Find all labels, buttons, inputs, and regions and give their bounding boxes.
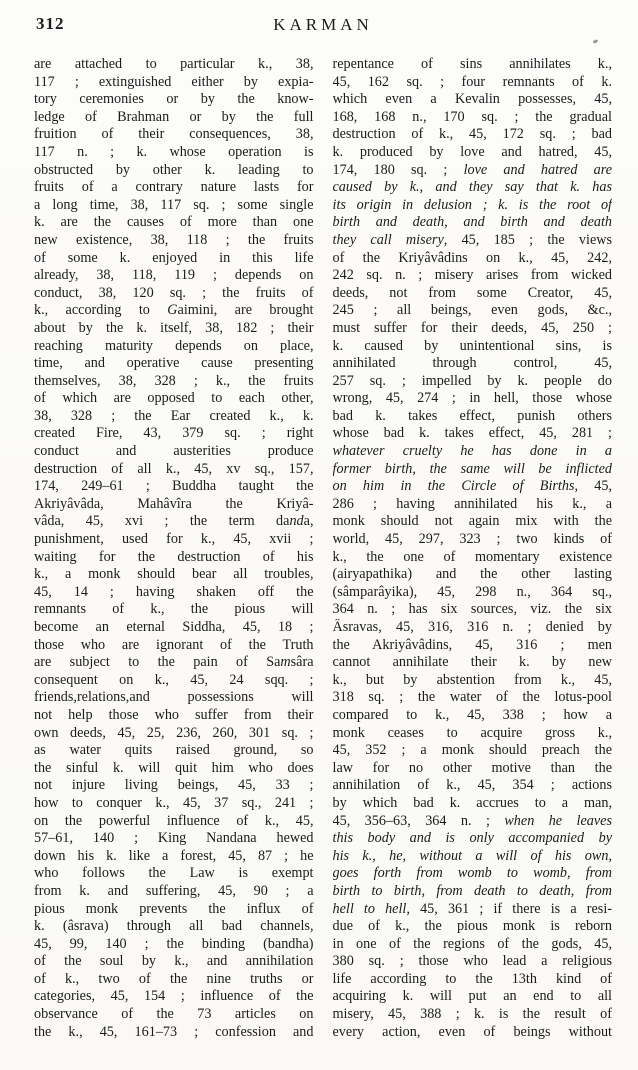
text-line: vâda, 45, xvi ; the term danda,: [34, 513, 314, 531]
text-line: of some k. enjoyed in this life: [34, 250, 314, 268]
text-line: of which are opposed to each other,: [34, 390, 314, 408]
text-line: themselves, 38, 328 ; k., the fruits: [34, 373, 314, 391]
text-run: 45, 352 ; a monk should preach the: [333, 742, 613, 758]
text-line: must suffer for their deeds, 45, 250 ;: [333, 320, 613, 338]
italic-text-run: his k., he, without a will of his own,: [333, 848, 613, 864]
text-line: how to conquer k., 45, 37 sq., 241 ;: [34, 795, 314, 813]
text-run: 286 ; having annihilated his k., a: [333, 496, 613, 512]
italic-text-run: love and hatred are: [464, 162, 612, 178]
text-line: on him in the Circle of Births, 45,: [333, 478, 613, 496]
text-line: created Fire, 43, 379 sq. ; right: [34, 425, 314, 443]
italic-text-run: former birth, the same will be inflicted: [333, 461, 613, 477]
text-line: 174, 249–61 ; Buddha taught the: [34, 478, 314, 496]
text-line: from k. and suffering, 45, 90 ; a: [34, 883, 314, 901]
left-column: are attached to particular k., 38,117 ; …: [34, 56, 314, 1041]
text-run: reaching maturity depends on place,: [34, 338, 314, 354]
text-run: observance of the 73 articles on: [34, 1006, 314, 1022]
text-line: Akriyâvâda, Mahâvîra the Kriyâ-: [34, 496, 314, 514]
text-run: a long time, 38, 117 sq. ; some single: [34, 197, 314, 213]
text-line: ledge of Brahman or by the full: [34, 109, 314, 127]
italic-text-run: G: [167, 302, 177, 318]
text-run: 45, 356–63, 364 n. ;: [333, 813, 505, 829]
page-header: 312 KARMAN: [34, 12, 612, 42]
text-run: of the Kriyâvâdins on k., 45, 242,: [333, 250, 613, 266]
text-line: fruition of their consequences, 38,: [34, 126, 314, 144]
text-line: his k., he, without a will of his own,: [333, 848, 613, 866]
text-line: acquiring k. will put an end to all: [333, 988, 613, 1006]
text-line: this body and is only accompanied by: [333, 830, 613, 848]
text-line: as water quits raised ground, so: [34, 742, 314, 760]
text-line: consequent on k., 45, 24 sqq. ;: [34, 672, 314, 690]
italic-text-run: they call misery: [333, 232, 444, 248]
text-line: on the powerful influence of k., 45,: [34, 813, 314, 831]
text-line: 245 ; all beings, even gods, &c.,: [333, 302, 613, 320]
text-run: 117 ; extinguished either by expia-: [34, 74, 314, 90]
text-line: k. caused by unintentional sins, is: [333, 338, 613, 356]
text-run: deeds, not from some Creator, 45,: [333, 285, 613, 301]
text-line: whatever cruelty he has done in a: [333, 443, 613, 461]
text-line: k., according to Gaimini, are brought: [34, 302, 314, 320]
italic-text-run: when he leaves: [504, 813, 612, 829]
text-line: tory ceremonies or by the know-: [34, 91, 314, 109]
text-run: bad k. takes effect, punish others: [333, 408, 613, 424]
text-line: 168, 168 n., 170 sq. ; the gradual: [333, 109, 613, 127]
text-line: conduct and austerities produce: [34, 443, 314, 461]
text-run: k., according to: [34, 302, 167, 318]
text-line: 364 n. ; has six sources, viz. the six: [333, 601, 613, 619]
italic-text-run: nd: [289, 513, 303, 529]
text-line: 45, 99, 140 ; the binding (bandha): [34, 936, 314, 954]
text-line: 286 ; having annihilated his k., a: [333, 496, 613, 514]
text-line: 117 n. ; k. whose operation is: [34, 144, 314, 162]
text-run: in one of the regions of the gods, 45,: [333, 936, 613, 952]
text-run: monk should not again mix with the: [333, 513, 613, 529]
text-line: categories, 45, 154 ; influence of the: [34, 988, 314, 1006]
text-run: of k., two of the nine truths or: [34, 971, 314, 987]
text-run: misery, 45, 388 ; k. is the result of: [333, 1006, 613, 1022]
right-column: repentance of sins annihilates k.,45, 16…: [333, 56, 613, 1041]
text-run: who follows the Law is exempt: [34, 865, 314, 881]
text-run: aimini, are brought: [178, 302, 314, 318]
italic-text-run: hell to hell: [333, 901, 407, 917]
text-line: the Akriyâvâdins, 45, 316 ; men: [333, 637, 613, 655]
text-run: compared to k., 45, 338 ; how a: [333, 707, 613, 723]
text-line: monk should not again mix with the: [333, 513, 613, 531]
text-line: wrong, 45, 274 ; in hell, those whose: [333, 390, 613, 408]
text-run: 174, 249–61 ; Buddha taught the: [34, 478, 314, 494]
text-run: wrong, 45, 274 ; in hell, those whose: [333, 390, 613, 406]
text-line: cannot annihilate their k. by new: [333, 654, 613, 672]
text-line: (sâmparâyika), 45, 298 n., 364 sq.,: [333, 584, 613, 602]
text-run: remnants of k., the pious will: [34, 601, 314, 617]
text-line: who follows the Law is exempt: [34, 865, 314, 883]
text-line: fruits of a contrary nature lasts for: [34, 179, 314, 197]
text-line: of k., two of the nine truths or: [34, 971, 314, 989]
text-run: 168, 168 n., 170 sq. ; the gradual: [333, 109, 613, 125]
text-line: new existence, 38, 118 ; the fruits: [34, 232, 314, 250]
text-run: of the soul by k., and annihilation: [34, 953, 314, 969]
text-line: every action, even of beings without: [333, 1024, 613, 1042]
text-line: k. produced by love and hatred, 45,: [333, 144, 613, 162]
text-run: the sinful k. will quit him who does: [34, 760, 314, 776]
text-run: about by the k. itself, 38, 182 ; their: [34, 320, 314, 336]
italic-text-run: goes forth from womb to womb, from: [333, 865, 613, 881]
text-run: k. are the causes of more than one: [34, 214, 314, 230]
text-run: k. (âsrava) through all bad channels,: [34, 918, 314, 934]
text-run: cannot annihilate their k. by new: [333, 654, 613, 670]
text-line: are subject to the pain of Samsâra: [34, 654, 314, 672]
text-run: become an eternal Siddha, 45, 18 ;: [34, 619, 314, 635]
text-line: friends,relations,and possessions will: [34, 689, 314, 707]
text-run: world, 45, 297, 323 ; two kinds of: [333, 531, 613, 547]
text-line: goes forth from womb to womb, from: [333, 865, 613, 883]
text-line: by which bad k. accrues to a man,: [333, 795, 613, 813]
text-run: sâra: [291, 654, 314, 670]
text-line: punishment, used for k., 45, xvii ;: [34, 531, 314, 549]
text-run: which even a Kevalin possesses, 45,: [333, 91, 613, 107]
text-line: reaching maturity depends on place,: [34, 338, 314, 356]
text-run: Akriyâvâda, Mahâvîra the Kriyâ-: [34, 496, 314, 512]
text-line: life according to the 13th kind of: [333, 971, 613, 989]
text-run: time, and operative cause presenting: [34, 355, 314, 371]
text-line: destruction of all k., 45, xv sq., 157,: [34, 461, 314, 479]
text-line: already, 38, 118, 119 ; depends on: [34, 267, 314, 285]
text-run: 245 ; all beings, even gods, &c.,: [333, 302, 613, 318]
text-line: about by the k. itself, 38, 182 ; their: [34, 320, 314, 338]
text-line: time, and operative cause presenting: [34, 355, 314, 373]
text-run: themselves, 38, 328 ; k., the fruits: [34, 373, 314, 389]
text-run: 174, 180 sq. ;: [333, 162, 464, 178]
text-run: annihilation of k., 45, 354 ; actions: [333, 777, 613, 793]
text-run: of some k. enjoyed in this life: [34, 250, 314, 266]
text-line: repentance of sins annihilates k.,: [333, 56, 613, 74]
text-run: ledge of Brahman or by the full: [34, 109, 314, 125]
text-line: bad k. takes effect, punish others: [333, 408, 613, 426]
text-run: vâda, 45, xvi ; the term da: [34, 513, 289, 529]
text-run: consequent on k., 45, 24 sqq. ;: [34, 672, 314, 688]
text-run: new existence, 38, 118 ; the fruits: [34, 232, 314, 248]
text-run: must suffer for their deeds, 45, 250 ;: [333, 320, 613, 336]
text-run: 318 sq. ; the water of the lotus-pool: [333, 689, 613, 705]
text-run: friends,relations,and possessions will: [34, 689, 314, 705]
text-line: destruction of k., 45, 172 sq. ; bad: [333, 126, 613, 144]
text-line: misery, 45, 388 ; k. is the result of: [333, 1006, 613, 1024]
text-line: those who are ignorant of the Truth: [34, 637, 314, 655]
text-run: the Akriyâvâdins, 45, 316 ; men: [333, 637, 613, 653]
text-run: down his k. like a forest, 45, 87 ; he: [34, 848, 314, 864]
text-line: 318 sq. ; the water of the lotus-pool: [333, 689, 613, 707]
text-line: observance of the 73 articles on: [34, 1006, 314, 1024]
text-line: become an eternal Siddha, 45, 18 ;: [34, 619, 314, 637]
text-run: 45, 99, 140 ; the binding (bandha): [34, 936, 314, 952]
text-run: punishment, used for k., 45, xvii ;: [34, 531, 314, 547]
text-line: 57–61, 140 ; King Nandana hewed: [34, 830, 314, 848]
scan-speck: [593, 39, 599, 44]
text-run: , 45, 361 ; if there is a resi-: [406, 901, 612, 917]
text-run: 380 sq. ; those who lead a religious: [333, 953, 613, 969]
text-line: pious monk prevents the influx of: [34, 901, 314, 919]
italic-text-run: birth to birth, from death to death, fro…: [333, 883, 613, 899]
text-run: fruition of their consequences, 38,: [34, 126, 314, 142]
text-line: 45, 352 ; a monk should preach the: [333, 742, 613, 760]
italic-text-run: whatever cruelty he has done in a: [333, 443, 613, 459]
text-run: of which are opposed to each other,: [34, 390, 314, 406]
italic-text-run: on him in the Circle of Births: [333, 478, 575, 494]
running-title: KARMAN: [34, 12, 612, 35]
text-line: 174, 180 sq. ; love and hatred are: [333, 162, 613, 180]
text-line: monk ceases to acquire gross k.,: [333, 725, 613, 743]
page-number: 312: [36, 14, 65, 34]
text-run: those who are ignorant of the Truth: [34, 637, 314, 653]
text-run: not help those who suffer from their: [34, 707, 314, 723]
text-line: they call misery, 45, 185 ; the views: [333, 232, 613, 250]
text-run: pious monk prevents the influx of: [34, 901, 314, 917]
text-line: birth to birth, from death to death, fro…: [333, 883, 613, 901]
text-line: the k., 45, 161–73 ; confession and: [34, 1024, 314, 1042]
text-run: life according to the 13th kind of: [333, 971, 613, 987]
text-run: k. produced by love and hatred, 45,: [333, 144, 613, 160]
text-run: already, 38, 118, 119 ; depends on: [34, 267, 314, 283]
text-line: k. (âsrava) through all bad channels,: [34, 918, 314, 936]
text-line: 45, 162 sq. ; four remnants of k.: [333, 74, 613, 92]
text-columns: are attached to particular k., 38,117 ; …: [34, 56, 612, 1041]
text-run: acquiring k. will put an end to all: [333, 988, 613, 1004]
text-run: categories, 45, 154 ; influence of the: [34, 988, 314, 1004]
text-line: (airyapathika) and the other lasting: [333, 566, 613, 584]
text-run: by which bad k. accrues to a man,: [333, 795, 613, 811]
text-run: waiting for the destruction of his: [34, 549, 314, 565]
text-run: monk ceases to acquire gross k.,: [333, 725, 613, 741]
text-run: repentance of sins annihilates k.,: [333, 56, 613, 72]
text-run: Âsravas, 45, 316, 316 n. ; denied by: [333, 619, 613, 635]
text-run: 257 sq. ; impelled by k. people do: [333, 373, 613, 389]
text-line: hell to hell, 45, 361 ; if there is a re…: [333, 901, 613, 919]
text-line: annihilated through control, 45,: [333, 355, 613, 373]
text-line: 257 sq. ; impelled by k. people do: [333, 373, 613, 391]
text-run: whose bad k. takes effect, 45, 281 ;: [333, 425, 613, 441]
text-run: conduct, 38, 120 sq. ; the fruits of: [34, 285, 314, 301]
text-run: how to conquer k., 45, 37 sq., 241 ;: [34, 795, 314, 811]
text-line: 117 ; extinguished either by expia-: [34, 74, 314, 92]
text-run: are attached to particular k., 38,: [34, 56, 314, 72]
text-line: its origin in delusion ; k. is the root …: [333, 197, 613, 215]
text-line: law for no other motive than the: [333, 760, 613, 778]
text-run: destruction of k., 45, 172 sq. ; bad: [333, 126, 613, 142]
text-run: tory ceremonies or by the know-: [34, 91, 314, 107]
text-line: remnants of k., the pious will: [34, 601, 314, 619]
text-line: whose bad k. takes effect, 45, 281 ;: [333, 425, 613, 443]
text-line: not injure living beings, 45, 33 ;: [34, 777, 314, 795]
text-line: annihilation of k., 45, 354 ; actions: [333, 777, 613, 795]
text-line: 45, 356–63, 364 n. ; when he leaves: [333, 813, 613, 831]
text-run: k., the one of momentary existence: [333, 549, 613, 565]
text-line: due of k., the pious monk is reborn: [333, 918, 613, 936]
text-line: deeds, not from some Creator, 45,: [333, 285, 613, 303]
text-line: k., a monk should bear all troubles,: [34, 566, 314, 584]
text-line: down his k. like a forest, 45, 87 ; he: [34, 848, 314, 866]
text-run: (sâmparâyika), 45, 298 n., 364 sq.,: [333, 584, 613, 600]
text-line: 380 sq. ; those who lead a religious: [333, 953, 613, 971]
text-run: law for no other motive than the: [333, 760, 613, 776]
text-run: annihilated through control, 45,: [333, 355, 613, 371]
text-line: 38, 328 ; the Ear created k., k.: [34, 408, 314, 426]
text-run: fruits of a contrary nature lasts for: [34, 179, 314, 195]
text-run: every action, even of beings without: [333, 1024, 613, 1040]
text-run: conduct and austerities produce: [34, 443, 314, 459]
italic-text-run: m: [280, 654, 290, 670]
text-run: are subject to the pain of Sa: [34, 654, 280, 670]
text-line: former birth, the same will be inflicted: [333, 461, 613, 479]
text-line: of the soul by k., and annihilation: [34, 953, 314, 971]
text-run: 364 n. ; has six sources, viz. the six: [333, 601, 613, 617]
text-line: waiting for the destruction of his: [34, 549, 314, 567]
text-line: in one of the regions of the gods, 45,: [333, 936, 613, 954]
text-line: 45, 14 ; having shaken off the: [34, 584, 314, 602]
text-line: are attached to particular k., 38,: [34, 56, 314, 74]
text-line: a long time, 38, 117 sq. ; some single: [34, 197, 314, 215]
text-run: destruction of all k., 45, xv sq., 157,: [34, 461, 314, 477]
italic-text-run: this body and is only accompanied by: [333, 830, 613, 846]
text-line: compared to k., 45, 338 ; how a: [333, 707, 613, 725]
text-line: conduct, 38, 120 sq. ; the fruits of: [34, 285, 314, 303]
text-run: 117 n. ; k. whose operation is: [34, 144, 314, 160]
text-run: not injure living beings, 45, 33 ;: [34, 777, 314, 793]
text-run: a,: [304, 513, 314, 529]
text-run: on the powerful influence of k., 45,: [34, 813, 314, 829]
text-run: from k. and suffering, 45, 90 ; a: [34, 883, 314, 899]
text-run: 242 sq. n. ; misery arises from wicked: [333, 267, 613, 283]
text-line: k. are the causes of more than one: [34, 214, 314, 232]
text-run: k. caused by unintentional sins, is: [333, 338, 613, 354]
text-run: due of k., the pious monk is reborn: [333, 918, 613, 934]
text-run: (airyapathika) and the other lasting: [333, 566, 613, 582]
text-line: k., but by abstention from k., 45,: [333, 672, 613, 690]
text-line: world, 45, 297, 323 ; two kinds of: [333, 531, 613, 549]
text-run: k., but by abstention from k., 45,: [333, 672, 613, 688]
text-run: as water quits raised ground, so: [34, 742, 314, 758]
text-run: the k., 45, 161–73 ; confession and: [34, 1024, 314, 1040]
text-run: k., a monk should bear all troubles,: [34, 566, 314, 582]
text-line: caused by k., and they say that k. has: [333, 179, 613, 197]
text-run: 38, 328 ; the Ear created k., k.: [34, 408, 314, 424]
text-line: own deeds, 45, 25, 236, 260, 301 sq. ;: [34, 725, 314, 743]
book-page: 312 KARMAN are attached to particular k.…: [0, 0, 638, 1070]
text-run: own deeds, 45, 25, 236, 260, 301 sq. ;: [34, 725, 314, 741]
text-run: , 45, 185 ; the views: [444, 232, 612, 248]
text-line: which even a Kevalin possesses, 45,: [333, 91, 613, 109]
text-run: 57–61, 140 ; King Nandana hewed: [34, 830, 314, 846]
text-line: birth and death, and birth and death: [333, 214, 613, 232]
text-line: not help those who suffer from their: [34, 707, 314, 725]
text-line: Âsravas, 45, 316, 316 n. ; denied by: [333, 619, 613, 637]
text-line: k., the one of momentary existence: [333, 549, 613, 567]
text-line: of the Kriyâvâdins on k., 45, 242,: [333, 250, 613, 268]
text-line: obstructed by other k. leading to: [34, 162, 314, 180]
text-run: , 45,: [574, 478, 612, 494]
text-line: 242 sq. n. ; misery arises from wicked: [333, 267, 613, 285]
text-run: 45, 14 ; having shaken off the: [34, 584, 314, 600]
italic-text-run: caused by k., and they say that k. has: [333, 179, 613, 195]
italic-text-run: birth and death, and birth and death: [333, 214, 613, 230]
text-run: created Fire, 43, 379 sq. ; right: [34, 425, 314, 441]
text-line: the sinful k. will quit him who does: [34, 760, 314, 778]
italic-text-run: its origin in delusion ; k. is the root …: [333, 197, 613, 213]
text-run: 45, 162 sq. ; four remnants of k.: [333, 74, 613, 90]
text-run: obstructed by other k. leading to: [34, 162, 314, 178]
